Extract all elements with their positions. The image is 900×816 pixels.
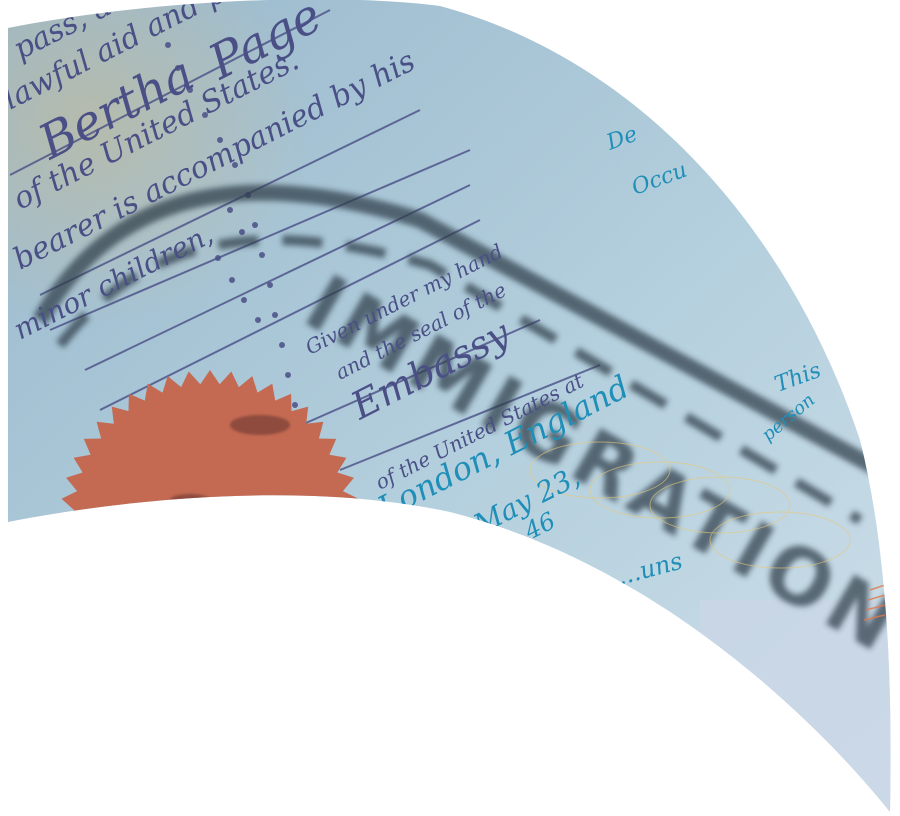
passport-page-photo: IMMIGRATION pass, and lawful aid and pr …: [0, 0, 900, 816]
